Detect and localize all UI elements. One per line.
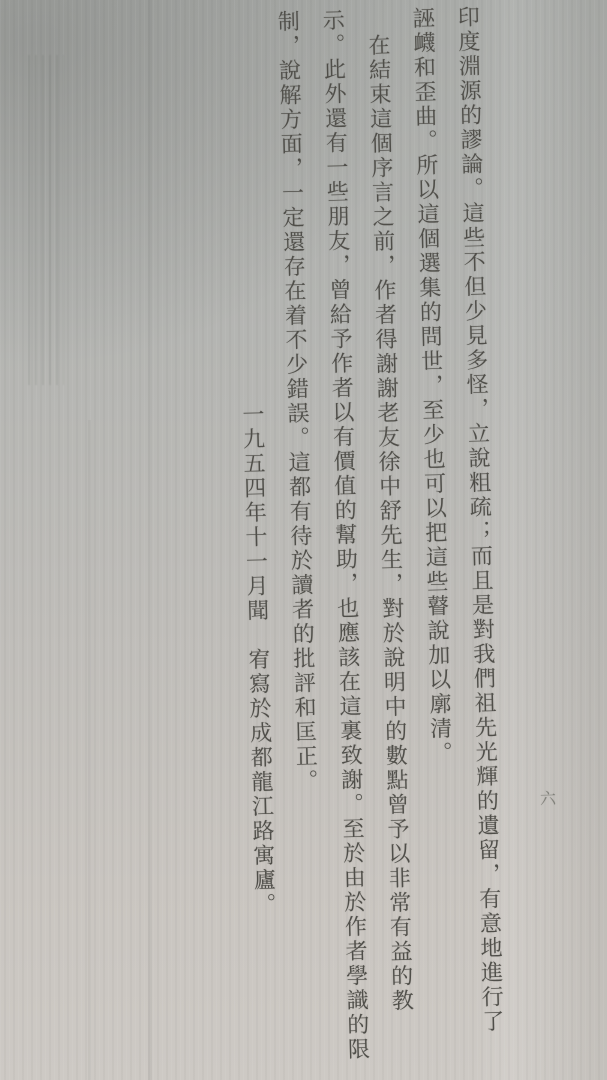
preface-text-block: 印度淵源的謬論。這些不但少見多怪，立說粗疏；而且是對我們祖先光輝的遺留，有意地進… bbox=[220, 5, 516, 1075]
page-number: 六 bbox=[540, 786, 557, 809]
paper-crease bbox=[28, 55, 64, 385]
paper-crease bbox=[88, 420, 91, 1080]
paper-crease bbox=[148, 0, 152, 1080]
scanned-book-page: 印度淵源的謬論。這些不但少見多怪，立說粗疏；而且是對我們祖先光輝的遺留，有意地進… bbox=[0, 0, 607, 1080]
